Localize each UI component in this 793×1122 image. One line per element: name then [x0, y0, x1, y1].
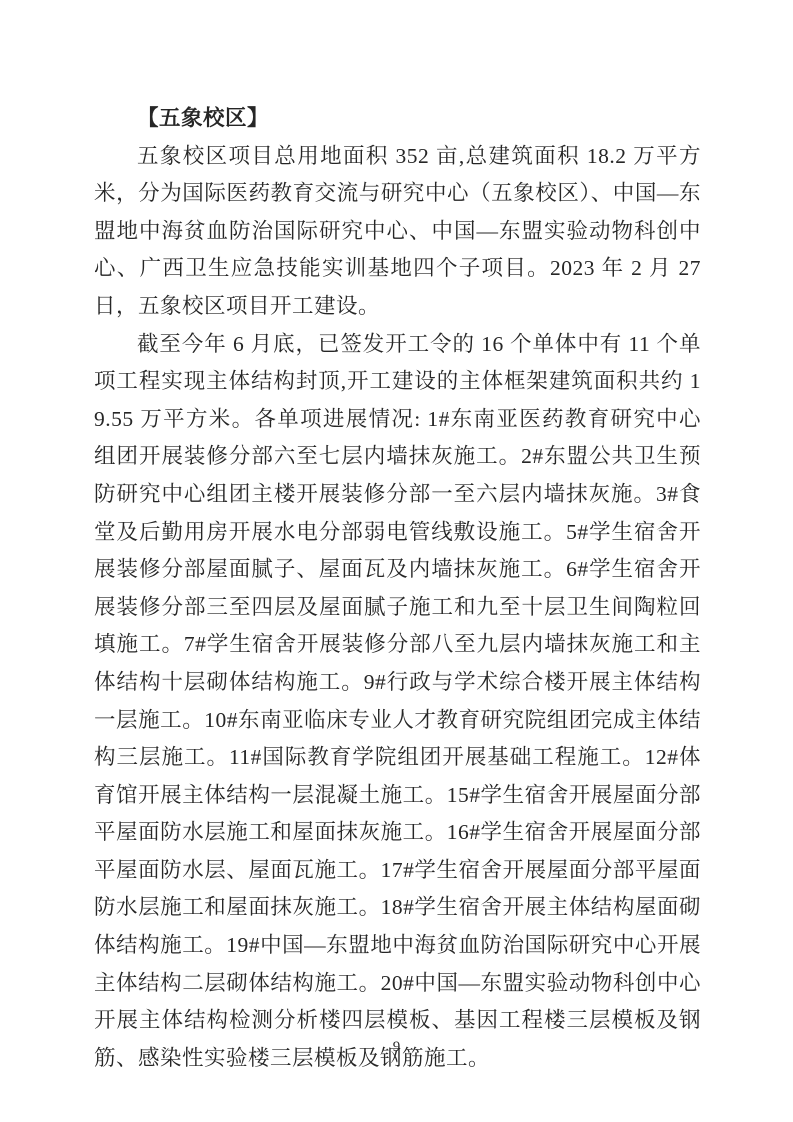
page-number: 9 [0, 1037, 793, 1057]
paragraph-campus-overview: 五象校区项目总用地面积 352 亩,总建筑面积 18.2 万平方米，分为国际医药… [94, 138, 701, 326]
document-page: 【五象校区】 五象校区项目总用地面积 352 亩,总建筑面积 18.2 万平方米… [0, 0, 793, 1122]
section-heading: 【五象校区】 [94, 100, 701, 138]
paragraph-construction-progress: 截至今年 6 月底，已签发开工令的 16 个单体中有 11 个单项工程实现主体结… [94, 326, 701, 1078]
document-body: 【五象校区】 五象校区项目总用地面积 352 亩,总建筑面积 18.2 万平方米… [94, 100, 701, 1077]
